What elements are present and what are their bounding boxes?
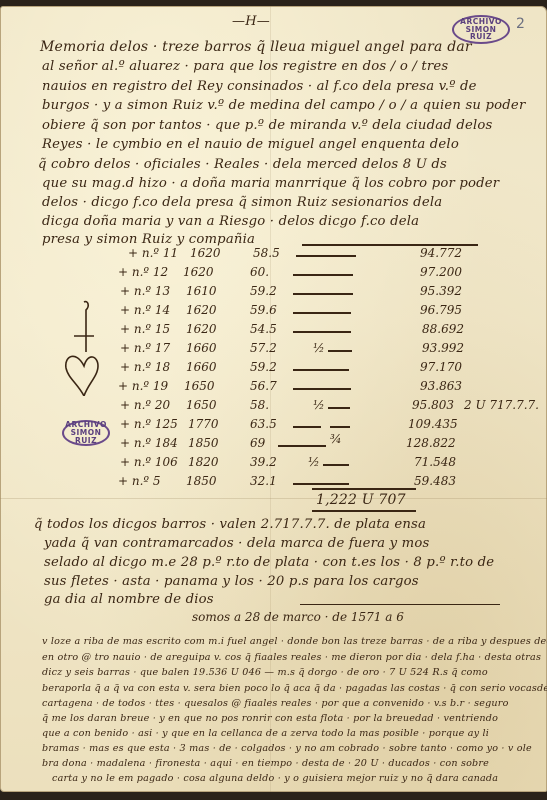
paragraph-line: Memoria delos · treze barros q̃ lleua mi… — [40, 39, 472, 55]
bar-number: + n.º 14 — [120, 303, 170, 317]
bar-number: + n.º 15 — [120, 322, 170, 336]
paragraph-line: sus fletes · asta · panama y los · 20 p.… — [44, 574, 419, 589]
bar-fraction: ¾ — [330, 432, 342, 446]
bar-value: 93.863 — [420, 379, 462, 393]
bar-ley: 1850 — [186, 474, 217, 488]
bar-number: + n.º 13 — [120, 284, 170, 298]
bar-ley: 1620 — [186, 322, 217, 336]
page-number: 2 — [516, 16, 525, 32]
bar-number: + n.º 19 — [118, 379, 168, 393]
bar-ley: 1660 — [186, 341, 217, 355]
paragraph-line: ga dia al nombre de dios — [44, 592, 214, 607]
bar-number: + n.º 125 — [120, 417, 178, 431]
paper-fold-horizontal — [0, 498, 547, 499]
bar-value: 97.170 — [420, 360, 462, 374]
sum-rule — [312, 488, 416, 490]
paragraph-line: nauios en registro del Rey consinados · … — [42, 79, 477, 94]
bar-marks: 58.5 — [253, 246, 280, 260]
paragraph-line: q̃ todos los dicgos barros · valen 2.717… — [34, 517, 426, 532]
paragraph-line: yada q̃ van contramarcados · dela marca … — [44, 536, 429, 551]
paragraph-line: obiere q̃ son por tantos · que p.º de mi… — [42, 118, 493, 133]
paragraph-line: q̃ me los daran breue · y en que no pos … — [42, 713, 498, 724]
bar-value: 96.795 — [420, 303, 462, 317]
paragraph-line: delos · dicgo f.co dela presa q̃ simon R… — [42, 195, 442, 210]
manuscript-page: —H— ARCHIVO SIMON RUIZ 2 Memoria delos ·… — [0, 6, 547, 792]
paragraph-line: en otro @ tro nauio · de areguipa v. cos… — [42, 652, 541, 663]
cross-heart-icon — [62, 296, 102, 396]
paragraph-line: cartagena · de todos · ttes · quesalos @… — [42, 698, 509, 709]
bar-value: 97.200 — [420, 265, 462, 279]
paragraph-line: Reyes · le cymbio en el nauio de miguel … — [42, 137, 459, 152]
header-mark: —H— — [232, 14, 270, 29]
paragraph-line: q̃ cobro delos · oficiales · Reales · de… — [38, 157, 447, 172]
bar-number: + n.º 184 — [120, 436, 178, 450]
bar-fraction: ½ — [313, 341, 325, 355]
paragraph-line: que a con benido · asi · y que en la cel… — [42, 728, 489, 739]
paragraph-line: presa y simon Ruiz y compañia — [42, 232, 255, 247]
paragraph-line: que su mag.d hizo · a doña maria manrriq… — [42, 176, 499, 191]
ledger-margin-note: 2 U 717.7.7. — [464, 398, 539, 412]
bar-number: + n.º 17 — [120, 341, 170, 355]
paragraph-line: v loze a riba de mas escrito com m.i fue… — [42, 636, 547, 647]
ledger-total: 1,222 U 707 — [316, 492, 406, 508]
bar-marks: 32.1 — [250, 474, 277, 488]
bar-number: + n.º 11 — [128, 246, 178, 260]
closing-rule — [300, 604, 500, 605]
bar-number: + n.º 18 — [120, 360, 170, 374]
bar-value: 88.692 — [422, 322, 464, 336]
paragraph-line: bra dona · madalena · fironesta · aqui ·… — [42, 758, 489, 769]
bar-ley: 1620 — [183, 265, 214, 279]
bar-value: 93.992 — [422, 341, 464, 355]
bar-value: 94.772 — [420, 246, 462, 260]
paragraph-line: dicz y seis barras · que balen 19.536 U … — [42, 667, 488, 678]
paragraph-line: selado al dicgo m.e 28 p.º r.to de plata… — [44, 555, 494, 570]
bar-ley: 1850 — [188, 436, 219, 450]
bar-marks: 59.2 — [250, 360, 277, 374]
archive-stamp-margin: ARCHIVO SIMON RUIZ — [62, 420, 110, 446]
paragraph-line: dicga doña maria y van a Riesgo · delos … — [42, 214, 419, 229]
bar-fraction: ½ — [313, 398, 325, 412]
bar-value: 95.803 — [412, 398, 454, 412]
bar-value: 95.392 — [420, 284, 462, 298]
bar-number: + n.º 20 — [120, 398, 170, 412]
paragraph-line: burgos · y a simon Ruiz v.º de medina de… — [42, 98, 525, 113]
bar-marks: 56.7 — [250, 379, 277, 393]
dateline: somos a 28 de marco · de 1571 a 6 — [192, 610, 404, 624]
bar-marks: 60. — [250, 265, 269, 279]
bar-marks: 59.6 — [250, 303, 277, 317]
bar-ley: 1770 — [188, 417, 219, 431]
bar-ley: 1620 — [190, 246, 221, 260]
bar-ley: 1650 — [184, 379, 215, 393]
bar-ley: 1610 — [186, 284, 217, 298]
paragraph-line: beraporla q̃ a q̃ va con esta v. sera bi… — [42, 683, 547, 694]
bar-value: 109.435 — [408, 417, 458, 431]
bar-value: 128.822 — [406, 436, 456, 450]
bar-marks: 69 — [250, 436, 265, 450]
bar-marks: 39.2 — [250, 455, 277, 469]
stamp-line2: SIMON RUIZ — [64, 429, 108, 445]
bar-marks: 58. — [250, 398, 269, 412]
bar-value: 59.483 — [414, 474, 456, 488]
paragraph-line: carta y no le em pagado · cosa alguna de… — [52, 773, 498, 784]
bar-marks: 63.5 — [250, 417, 277, 431]
bar-number: + n.º 106 — [120, 455, 178, 469]
bar-ley: 1660 — [186, 360, 217, 374]
bar-fraction: ½ — [308, 455, 320, 469]
bar-value: 71.548 — [414, 455, 456, 469]
bar-marks: 57.2 — [250, 341, 277, 355]
bar-marks: 54.5 — [250, 322, 277, 336]
total-underline — [312, 510, 416, 512]
bar-ley: 1820 — [188, 455, 219, 469]
bar-number: + n.º 5 — [118, 474, 161, 488]
bar-ley: 1650 — [186, 398, 217, 412]
paragraph-line: bramas · mas es que esta · 3 mas · de · … — [42, 743, 532, 754]
bar-number: + n.º 12 — [118, 265, 168, 279]
bar-marks: 59.2 — [250, 284, 277, 298]
paragraph-line: al señor al.º aluarez · para que los reg… — [42, 59, 448, 74]
bar-ley: 1620 — [186, 303, 217, 317]
